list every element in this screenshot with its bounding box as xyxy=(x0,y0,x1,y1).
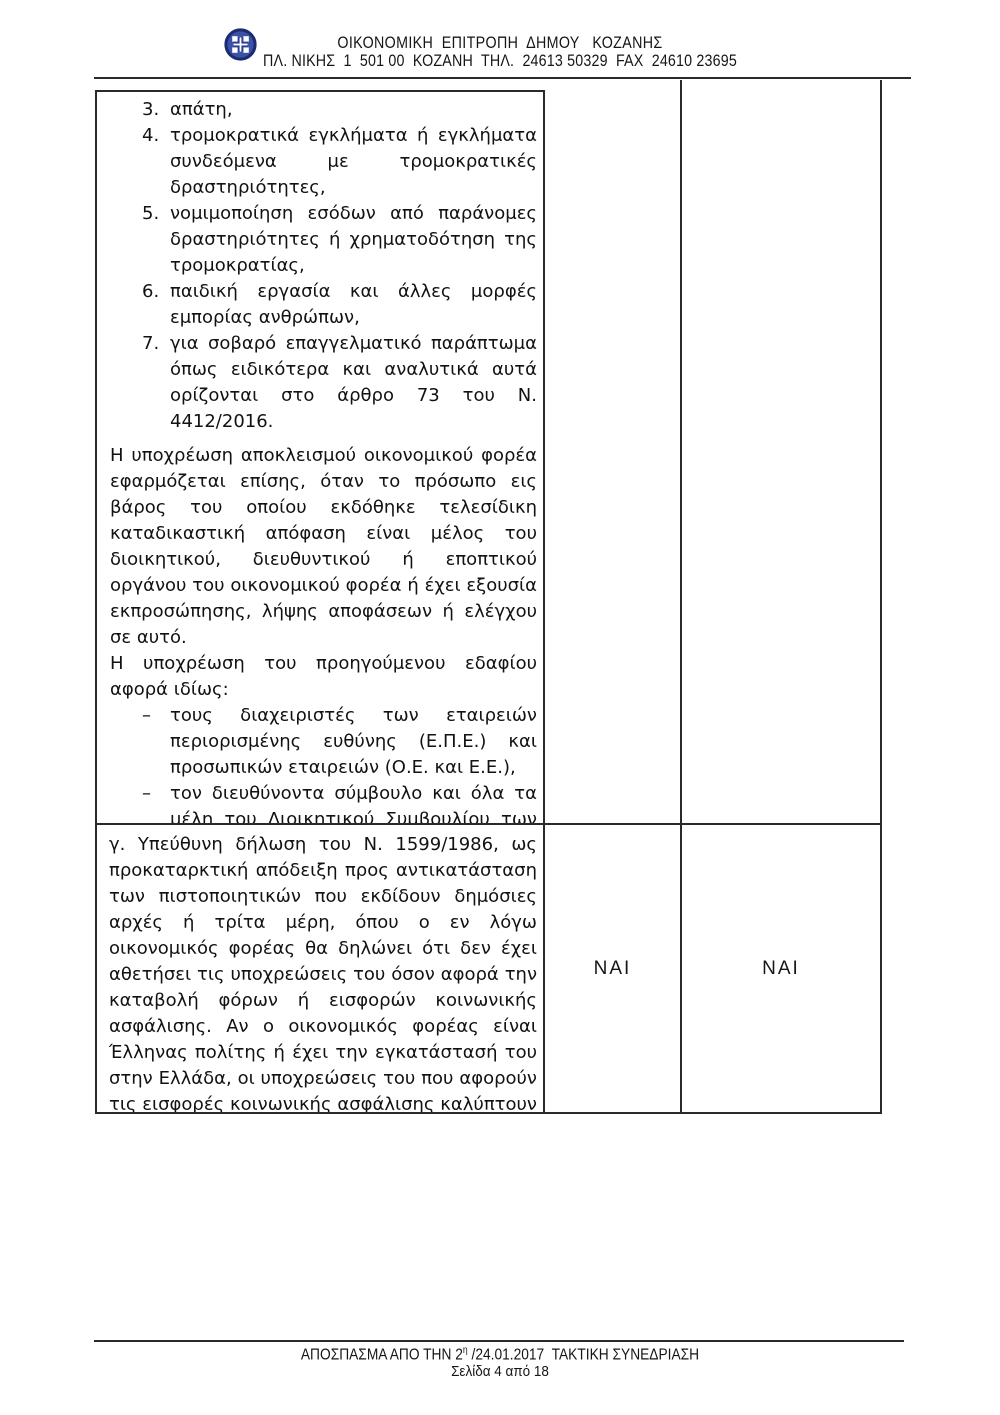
header-address-line: ΠΛ. ΝΙΚΗΣ 1 501 00 ΚΟΖΑΝΗ ΤΗΛ. 24613 503… xyxy=(80,51,920,71)
item-text: απάτη, xyxy=(170,97,537,123)
table-row2-col3-cell: ΝΑΙ xyxy=(682,823,882,1114)
numbered-item-3: 3. απάτη, xyxy=(142,97,537,123)
numbered-item-5: 5. νομιμοποίηση εσόδων από παράνομες δρα… xyxy=(142,201,537,279)
table-row2-col2-cell: ΝΑΙ xyxy=(545,823,682,1114)
item-text: τους διαχειριστές των εταιρειών περιορισ… xyxy=(170,703,537,781)
numbered-item-7: 7. για σοβαρό επαγγελματικό παράπτωμα όπ… xyxy=(142,331,537,435)
numbered-item-4: 4. τρομοκρατικά εγκλήματα ή εγκλήματα συ… xyxy=(142,123,537,201)
footer-divider xyxy=(94,1340,904,1342)
header-divider xyxy=(94,77,911,79)
header-committee-title: ΟΙΚΟΝΟΜΙΚΗ ΕΠΙΤΡΟΠΗ ΔΗΜΟΥ ΚΟΖΑΝΗΣ xyxy=(80,33,920,53)
obligation-intro-paragraph: Η υποχρέωση του προηγούμενου εδαφίου αφο… xyxy=(110,651,537,703)
yes-value-col3: ΝΑΙ xyxy=(762,958,800,980)
dash-item-2: – τον διευθύνοντα σύμβουλο και όλα τα μέ… xyxy=(142,781,537,823)
table-row2-description-cell: γ. Υπεύθυνη δήλωση του Ν. 1599/1986, ως … xyxy=(95,823,545,1114)
item-text: νομιμοποίηση εσόδων από παράνομες δραστη… xyxy=(170,201,537,279)
item-text: τον διευθύνοντα σύμβουλο και όλα τα μέλη… xyxy=(170,781,537,823)
item-number: 4. xyxy=(142,123,170,201)
item-number: 7. xyxy=(142,331,170,435)
exclusion-paragraph: Η υποχρέωση αποκλεισμού οικονομικού φορέ… xyxy=(110,443,537,651)
numbered-item-6: 6. παιδική εργασία και άλλες μορφές εμπο… xyxy=(142,279,537,331)
footer-page-number: Σελίδα 4 από 18 xyxy=(50,1363,950,1380)
table-row1-col3-empty-cell xyxy=(682,80,882,823)
dash-marker: – xyxy=(142,703,170,781)
table-row1-description-cell: 3. απάτη, 4. τρομοκρατικά εγκλήματα ή εγ… xyxy=(95,90,545,823)
table-row1-col2-empty-cell xyxy=(545,80,682,823)
footer-session-suffix: /24.01.2017 ΤΑΚΤΙΚΗ ΣΥΝΕΔΡΙΑΣΗ xyxy=(468,1346,699,1363)
page-header: ΟΙΚΟΝΟΜΙΚΗ ΕΠΙΤΡΟΠΗ ΔΗΜΟΥ ΚΟΖΑΝΗΣ ΠΛ. ΝΙ… xyxy=(0,0,1000,80)
footer-session-line: ΑΠΟΣΠΑΣΜΑ ΑΠΟ ΤΗΝ 2η /24.01.2017 ΤΑΚΤΙΚΗ… xyxy=(70,1345,930,1364)
item-number: 3. xyxy=(142,97,170,123)
item-text: παιδική εργασία και άλλες μορφές εμπορία… xyxy=(170,279,537,331)
item-number: 5. xyxy=(142,201,170,279)
item-number: 6. xyxy=(142,279,170,331)
footer-session-prefix: ΑΠΟΣΠΑΣΜΑ ΑΠΟ ΤΗΝ 2 xyxy=(301,1346,463,1363)
declaration-paragraph: γ. Υπεύθυνη δήλωση του Ν. 1599/1986, ως … xyxy=(109,832,537,1114)
dash-marker: – xyxy=(142,781,170,823)
item-text: τρομοκρατικά εγκλήματα ή εγκλήματα συνδε… xyxy=(170,123,537,201)
requirements-table: 3. απάτη, 4. τρομοκρατικά εγκλήματα ή εγ… xyxy=(95,80,885,1114)
item-text: για σοβαρό επαγγελματικό παράπτωμα όπως … xyxy=(170,331,537,435)
yes-value-col2: ΝΑΙ xyxy=(594,958,632,980)
document-page: ΟΙΚΟΝΟΜΙΚΗ ΕΠΙΤΡΟΠΗ ΔΗΜΟΥ ΚΟΖΑΝΗΣ ΠΛ. ΝΙ… xyxy=(0,0,1000,1415)
dash-item-1: – τους διαχειριστές των εταιρειών περιορ… xyxy=(142,703,537,781)
